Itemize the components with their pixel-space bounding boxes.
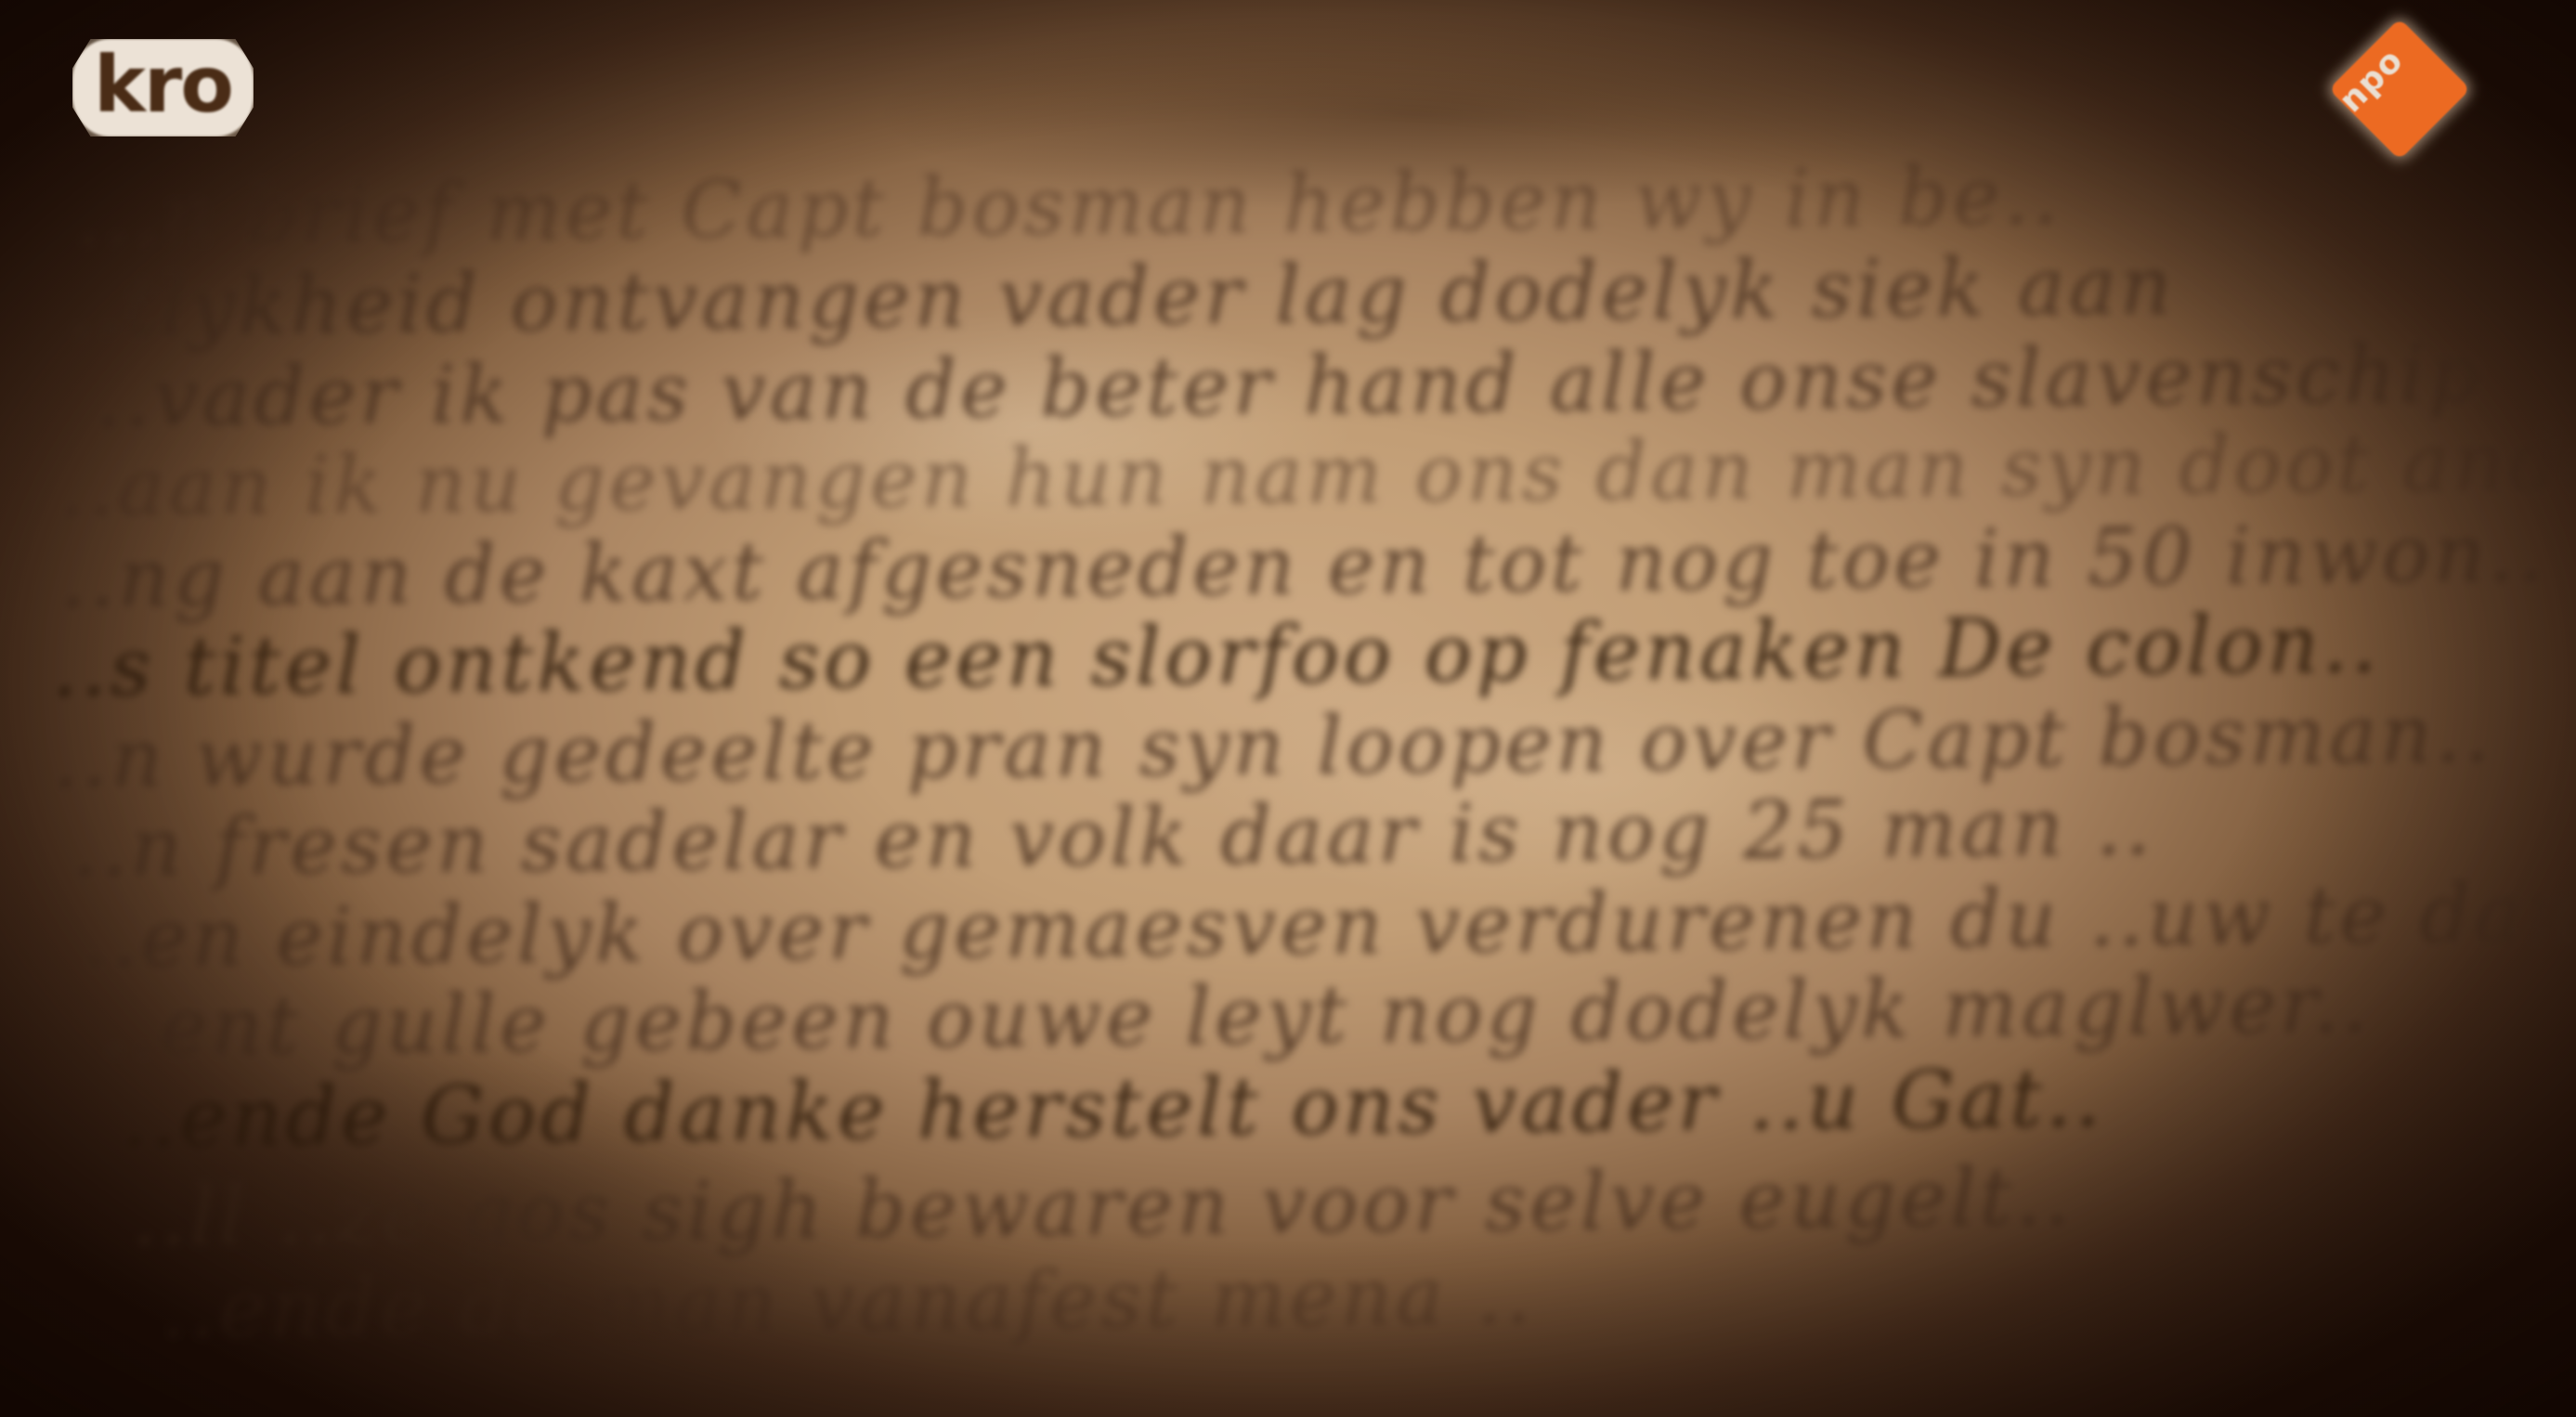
- letter-line: ..ende de man vanafest mena ..: [160, 1250, 1534, 1357]
- letter-line: ..ll ..ze gos sigh bewaren voor selve eu…: [131, 1151, 2074, 1265]
- letter-line: ..ende God danke herstelt ons vader ..u …: [121, 1052, 2104, 1165]
- npo-logo: npo: [2329, 19, 2471, 161]
- kro-logo: kro: [72, 39, 254, 136]
- npo-logo-text: npo: [2332, 25, 2427, 121]
- broadcast-frame: ...n brief met Capt bosman hebben wy in …: [0, 0, 2576, 1417]
- handwritten-letter: ...n brief met Capt bosman hebben wy in …: [37, 145, 2576, 172]
- kro-logo-text: kro: [94, 45, 232, 123]
